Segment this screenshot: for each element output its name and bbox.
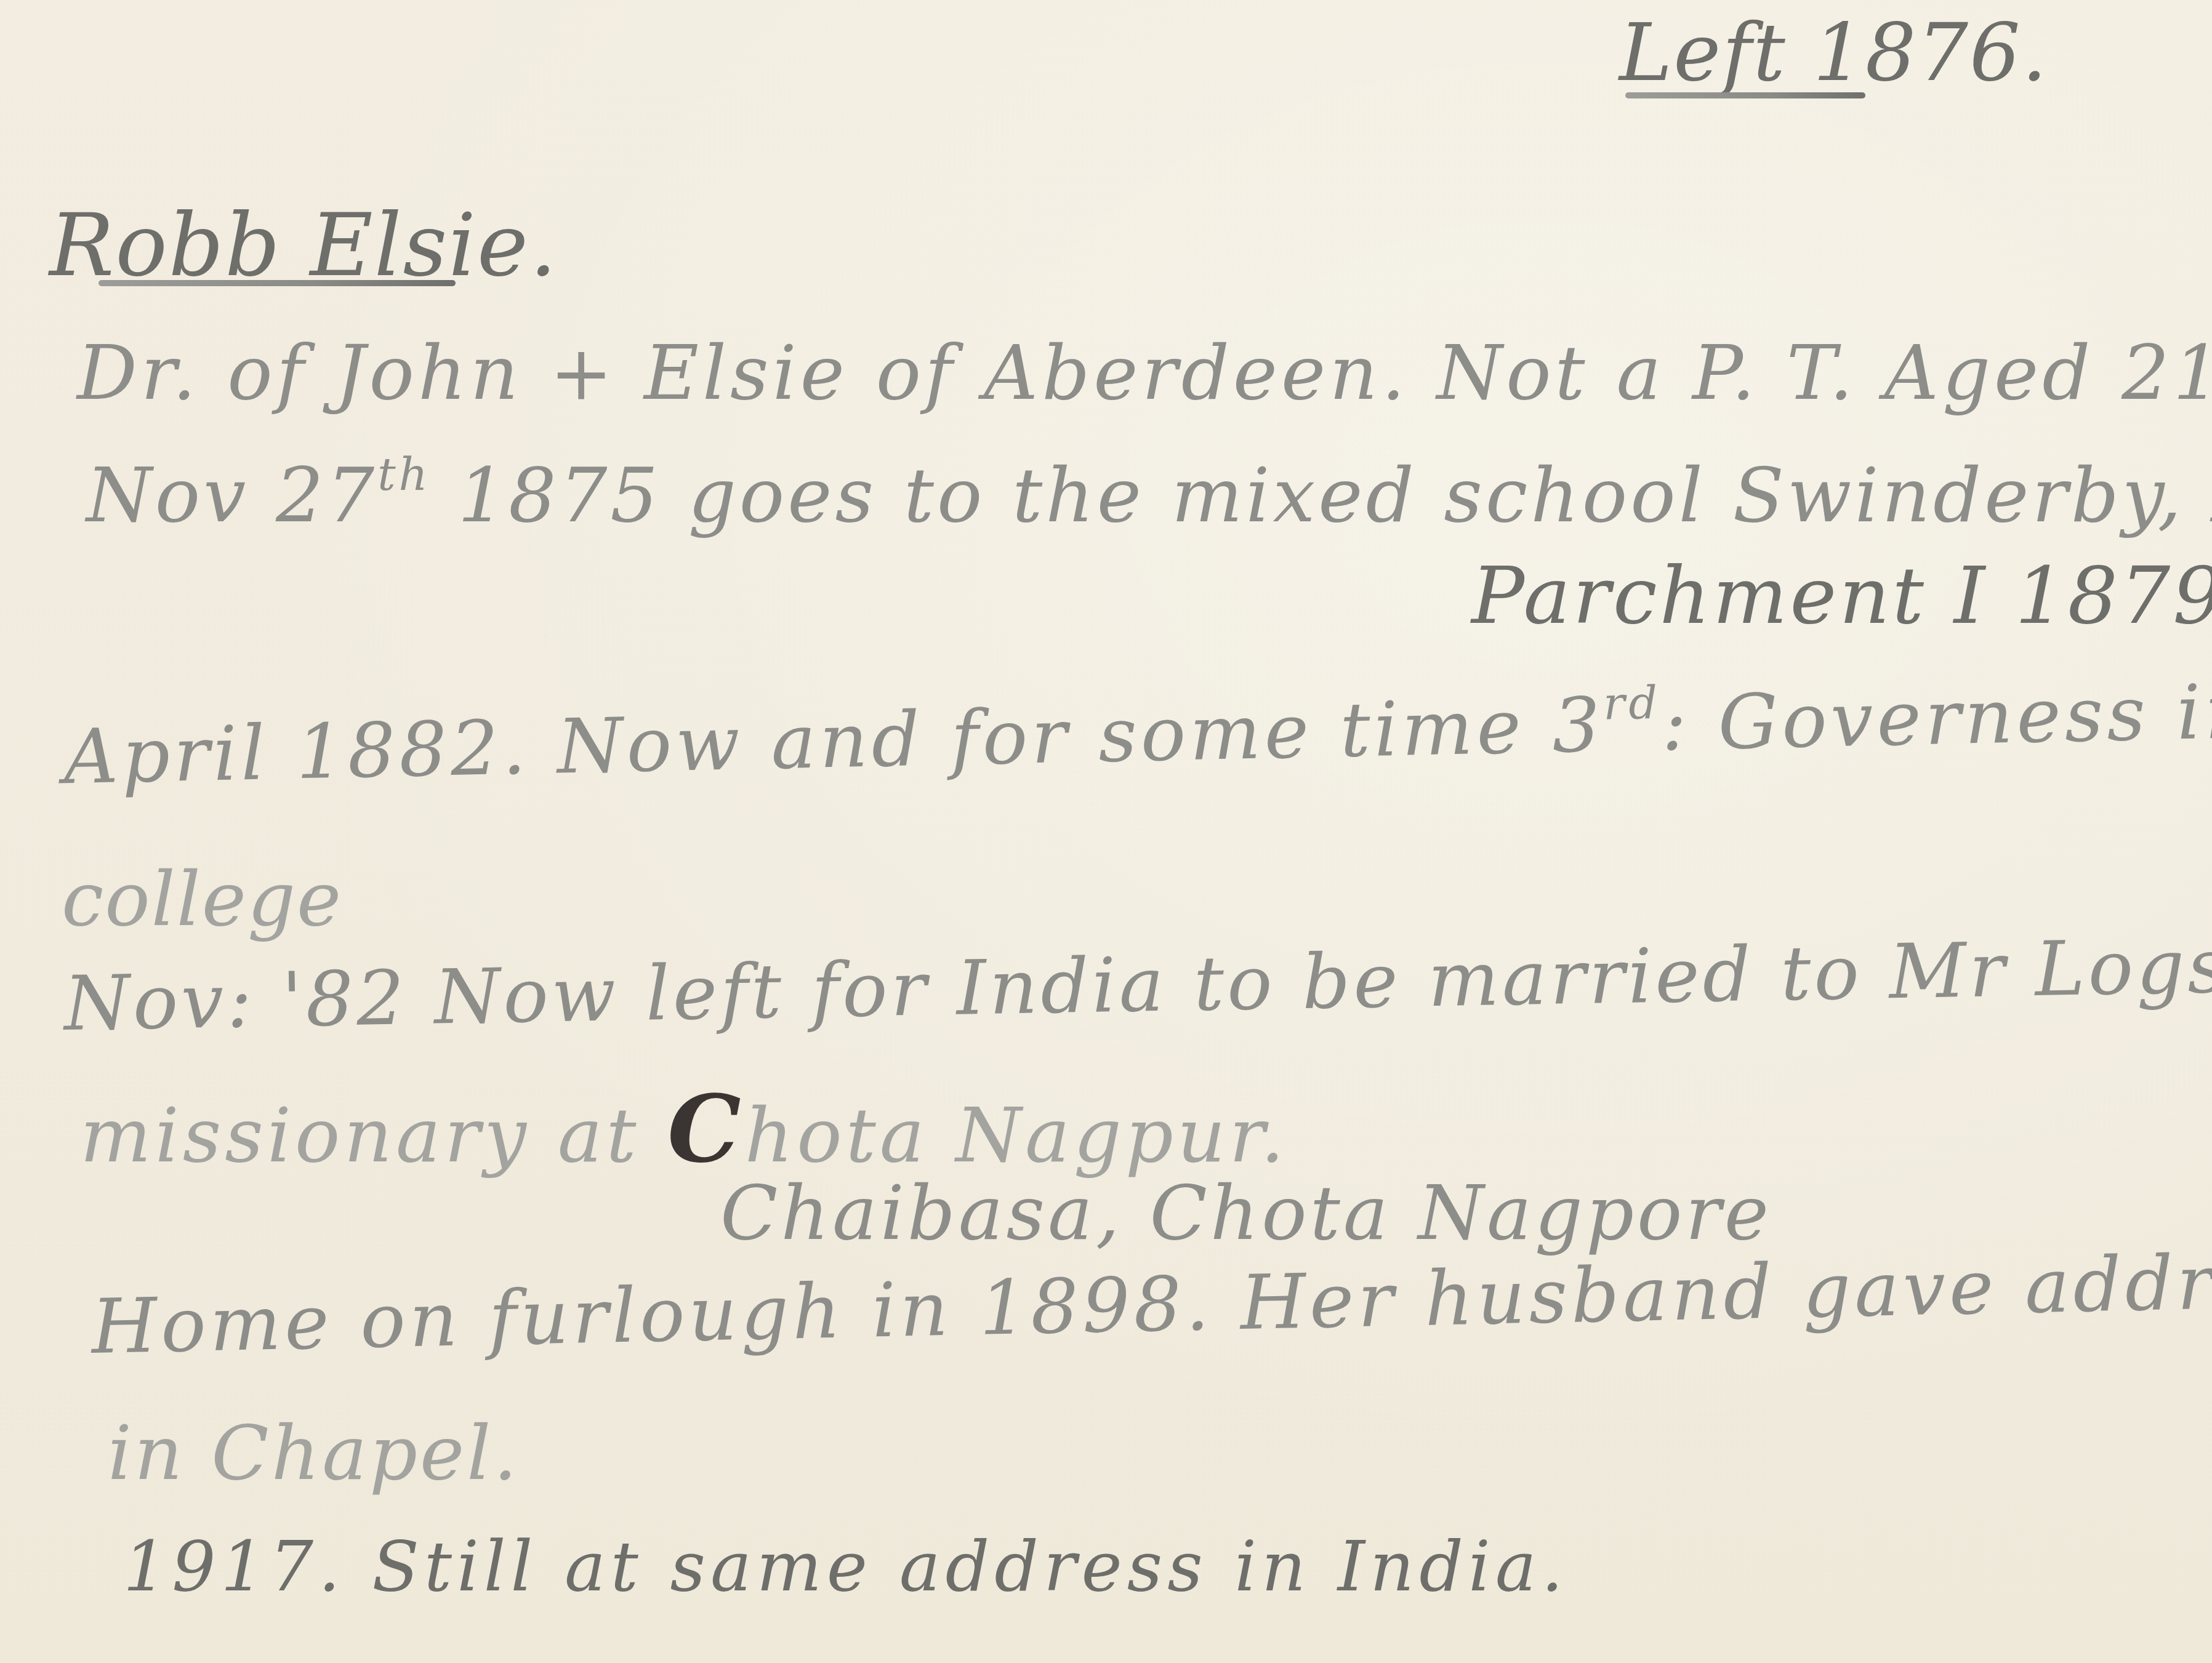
april-1882-rest: : Governess in the bbox=[1660, 664, 2212, 767]
first-post-date: Nov 27 bbox=[86, 452, 377, 539]
first-post-ordinal: th bbox=[377, 449, 431, 501]
april-1882-text: April 1882. Now and for some time 3 bbox=[63, 681, 1604, 801]
left-date-note: Left 1876. bbox=[1619, 12, 2048, 92]
entry-line-address: Chaibasa, Chota Nagpore bbox=[720, 1176, 1772, 1251]
name-heading-underline bbox=[99, 280, 456, 286]
missionary-place: hota Nagpur. bbox=[745, 1092, 1289, 1179]
overwritten-letter-c: C bbox=[667, 1075, 744, 1184]
entry-line-nov-82: Nov: '82 Now left for India to be marrie… bbox=[63, 926, 2212, 1041]
entry-line-chapel: in Chapel. bbox=[108, 1416, 520, 1491]
left-label: Left bbox=[1619, 6, 1787, 99]
entry-line-missionary: missionary at Chota Nagpur. bbox=[80, 1083, 1288, 1176]
manuscript-page: Left 1876. Robb Elsie. Dr. of John + Els… bbox=[0, 0, 2212, 1663]
entry-line-1917: 1917. Still at same address in India. bbox=[123, 1533, 1568, 1601]
entry-line-april-1882: April 1882. Now and for some time 3rd: G… bbox=[63, 665, 2212, 795]
entry-line-parchment: Parchment I 1879. bbox=[1471, 557, 2212, 636]
entry-line-first-post: Nov 27th 1875 goes to the mixed school S… bbox=[86, 452, 2212, 533]
left-year: 1876. bbox=[1813, 6, 2048, 99]
april-1882-ordinal: rd bbox=[1603, 677, 1662, 731]
entry-line-college: college bbox=[62, 862, 342, 937]
entry-line-parentage: Dr. of John + Elsie of Aberdeen. Not a P… bbox=[77, 335, 2212, 411]
entry-line-furlough: Home on furlough in 1898. Her husband ga… bbox=[90, 1242, 2212, 1364]
left-date-underline bbox=[1625, 92, 1865, 98]
name-heading: Robb Elsie. bbox=[49, 203, 558, 289]
first-post-text: 1875 goes to the mixed school Swinderby,… bbox=[431, 452, 2212, 539]
missionary-prefix: missionary at bbox=[80, 1092, 667, 1179]
